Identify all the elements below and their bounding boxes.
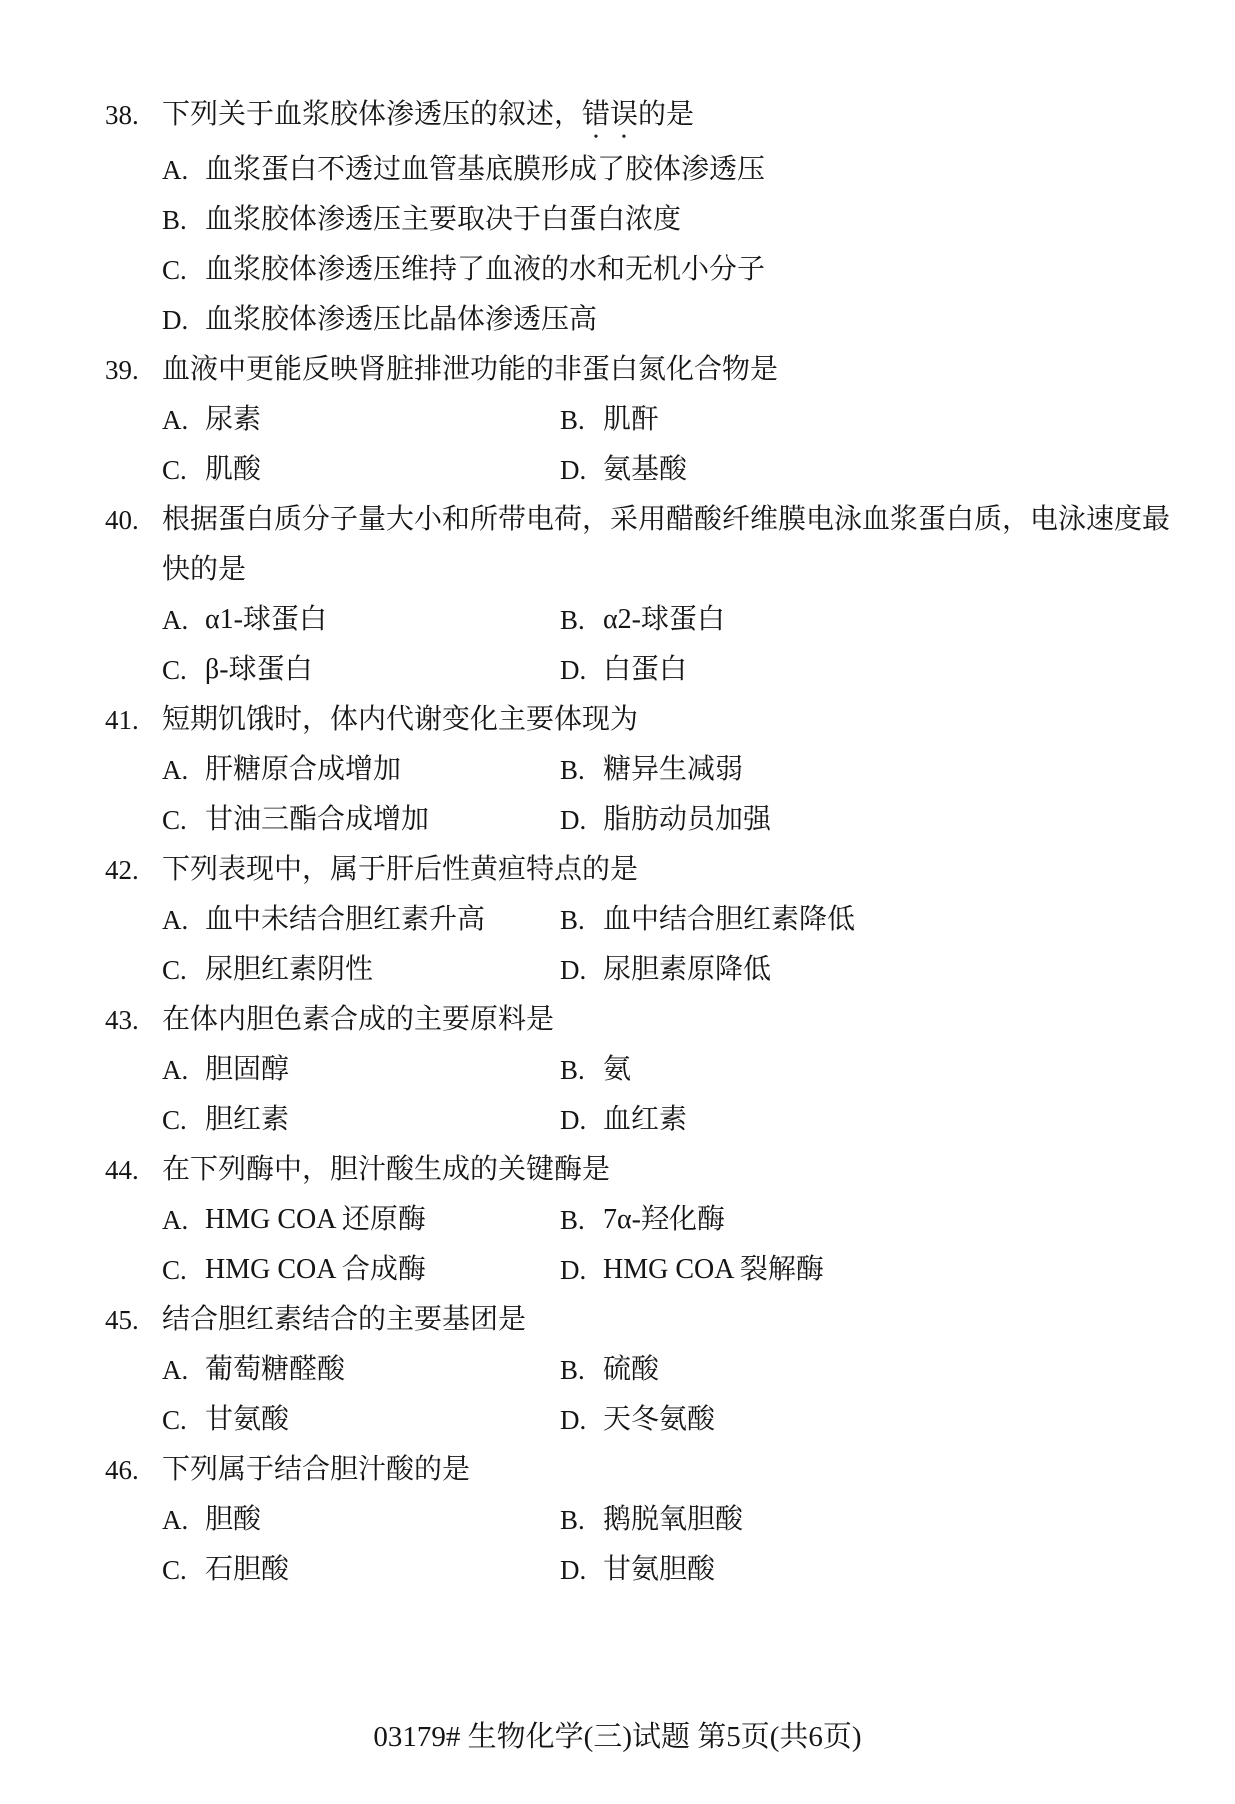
question-stem: 短期饥饿时，体内代谢变化主要体现为 bbox=[162, 695, 638, 745]
option-row: A.血浆蛋白不透过血管基底膜形成了胶体渗透压 bbox=[162, 145, 1205, 195]
option-letter: D. bbox=[560, 945, 603, 995]
option-text: 石胆酸 bbox=[205, 1545, 289, 1595]
answer-option: A.血中未结合胆红素升高 bbox=[162, 895, 560, 945]
option-text: 白蛋白 bbox=[603, 645, 687, 695]
stem-text: 下列关于血浆胶体渗透压的叙述， bbox=[162, 99, 582, 130]
question-number: 41. bbox=[105, 695, 162, 745]
option-letter: C. bbox=[162, 245, 205, 295]
option-row: A.尿素B.肌酐 bbox=[162, 395, 1205, 445]
stem-emphasized-text: 错误 bbox=[582, 99, 638, 130]
question-stem: 下列关于血浆胶体渗透压的叙述，错误的是 bbox=[162, 90, 694, 145]
question-item: 43.在体内胆色素合成的主要原料是A.胆固醇B.氨C.胆红素D.血红素 bbox=[105, 995, 1205, 1145]
answer-option: B.7α-羟化酶 bbox=[560, 1195, 958, 1245]
answer-option: C.甘氨酸 bbox=[162, 1395, 560, 1445]
stem-text: 下列表现中，属于肝后性黄疸特点的是 bbox=[162, 854, 638, 885]
option-letter: C. bbox=[162, 795, 205, 845]
option-letter: A. bbox=[162, 395, 205, 445]
question-item: 46.下列属于结合胆汁酸的是A.胆酸B.鹅脱氧胆酸C.石胆酸D.甘氨胆酸 bbox=[105, 1445, 1205, 1595]
question-stem: 根据蛋白质分子量大小和所带电荷，采用醋酸纤维膜电泳血浆蛋白质，电泳速度最快的是 bbox=[162, 495, 1177, 595]
answer-option: C.尿胆红素阴性 bbox=[162, 945, 560, 995]
answer-option: A.尿素 bbox=[162, 395, 560, 445]
option-text: 尿素 bbox=[205, 395, 261, 445]
stem-text: 短期饥饿时，体内代谢变化主要体现为 bbox=[162, 704, 638, 735]
option-text: 硫酸 bbox=[603, 1345, 659, 1395]
option-row: A.α1-球蛋白B.α2-球蛋白 bbox=[162, 595, 1205, 645]
answer-option: C.肌酸 bbox=[162, 445, 560, 495]
option-row: C.甘氨酸D.天冬氨酸 bbox=[162, 1395, 1205, 1445]
option-letter: D. bbox=[560, 795, 603, 845]
answer-option: C.石胆酸 bbox=[162, 1545, 560, 1595]
option-text: 氨 bbox=[603, 1045, 631, 1095]
answer-option: C.HMG COA 合成酶 bbox=[162, 1245, 560, 1295]
question-stem-row: 39.血液中更能反映肾脏排泄功能的非蛋白氮化合物是 bbox=[105, 345, 1205, 395]
option-text: 尿胆红素阴性 bbox=[205, 945, 373, 995]
option-row: C.β-球蛋白D.白蛋白 bbox=[162, 645, 1205, 695]
option-letter: C. bbox=[162, 1095, 205, 1145]
question-stem-row: 38.下列关于血浆胶体渗透压的叙述，错误的是 bbox=[105, 90, 1205, 145]
option-text: 血浆胶体渗透压比晶体渗透压高 bbox=[205, 295, 597, 345]
option-letter: A. bbox=[162, 745, 205, 795]
option-text: 血中结合胆红素降低 bbox=[603, 895, 855, 945]
question-stem: 结合胆红素结合的主要基团是 bbox=[162, 1295, 526, 1345]
option-text: 脂肪动员加强 bbox=[603, 795, 771, 845]
answer-option: B.鹅脱氧胆酸 bbox=[560, 1495, 958, 1545]
option-text: 尿胆素原降低 bbox=[603, 945, 771, 995]
option-letter: A. bbox=[162, 1195, 205, 1245]
option-letter: D. bbox=[560, 645, 603, 695]
option-text: 胆酸 bbox=[205, 1495, 261, 1545]
stem-text: 在体内胆色素合成的主要原料是 bbox=[162, 1004, 554, 1035]
answer-option: B.血中结合胆红素降低 bbox=[560, 895, 958, 945]
option-text: 血中未结合胆红素升高 bbox=[205, 895, 485, 945]
question-stem: 下列表现中，属于肝后性黄疸特点的是 bbox=[162, 845, 638, 895]
option-letter: B. bbox=[560, 1045, 603, 1095]
question-stem-row: 40.根据蛋白质分子量大小和所带电荷，采用醋酸纤维膜电泳血浆蛋白质，电泳速度最快… bbox=[105, 495, 1205, 595]
option-row: C.血浆胶体渗透压维持了血液的水和无机小分子 bbox=[162, 245, 1205, 295]
option-letter: C. bbox=[162, 1545, 205, 1595]
option-letter: A. bbox=[162, 595, 205, 645]
option-letter: A. bbox=[162, 1045, 205, 1095]
question-stem-row: 45.结合胆红素结合的主要基团是 bbox=[105, 1295, 1205, 1345]
option-text: 氨基酸 bbox=[603, 445, 687, 495]
option-text: 甘氨胆酸 bbox=[603, 1545, 715, 1595]
option-letter: B. bbox=[560, 595, 603, 645]
option-text: α1-球蛋白 bbox=[205, 595, 327, 645]
option-letter: C. bbox=[162, 945, 205, 995]
option-letter: B. bbox=[560, 395, 603, 445]
question-stem-row: 43.在体内胆色素合成的主要原料是 bbox=[105, 995, 1205, 1045]
option-row: C.甘油三酯合成增加D.脂肪动员加强 bbox=[162, 795, 1205, 845]
option-letter: A. bbox=[162, 1495, 205, 1545]
answer-option: B.氨 bbox=[560, 1045, 958, 1095]
question-stem: 血液中更能反映肾脏排泄功能的非蛋白氮化合物是 bbox=[162, 345, 778, 395]
option-row: A.肝糖原合成增加B.糖异生减弱 bbox=[162, 745, 1205, 795]
answer-option: C.甘油三酯合成增加 bbox=[162, 795, 560, 845]
answer-option: B.α2-球蛋白 bbox=[560, 595, 958, 645]
question-number: 44. bbox=[105, 1145, 162, 1195]
option-letter: A. bbox=[162, 895, 205, 945]
option-letter: B. bbox=[162, 195, 205, 245]
option-letter: C. bbox=[162, 645, 205, 695]
answer-option: C.胆红素 bbox=[162, 1095, 560, 1145]
answer-option: B.糖异生减弱 bbox=[560, 745, 958, 795]
answer-option: A.胆酸 bbox=[162, 1495, 560, 1545]
option-text: 血红素 bbox=[603, 1095, 687, 1145]
option-text: 肌酸 bbox=[205, 445, 261, 495]
answer-option: A.胆固醇 bbox=[162, 1045, 560, 1095]
option-row: C.胆红素D.血红素 bbox=[162, 1095, 1205, 1145]
option-letter: B. bbox=[560, 1495, 603, 1545]
option-letter: D. bbox=[560, 445, 603, 495]
question-stem: 在下列酶中，胆汁酸生成的关键酶是 bbox=[162, 1145, 610, 1195]
option-letter: D. bbox=[560, 1095, 603, 1145]
answer-option: D.HMG COA 裂解酶 bbox=[560, 1245, 958, 1295]
answer-option: A.HMG COA 还原酶 bbox=[162, 1195, 560, 1245]
option-text: 血浆胶体渗透压维持了血液的水和无机小分子 bbox=[205, 245, 765, 295]
answer-option: D.脂肪动员加强 bbox=[560, 795, 958, 845]
answer-option: A.葡萄糖醛酸 bbox=[162, 1345, 560, 1395]
answer-option: A.血浆蛋白不透过血管基底膜形成了胶体渗透压 bbox=[162, 145, 765, 195]
option-row: A.HMG COA 还原酶B.7α-羟化酶 bbox=[162, 1195, 1205, 1245]
stem-text: 血液中更能反映肾脏排泄功能的非蛋白氮化合物是 bbox=[162, 354, 778, 385]
option-text: 7α-羟化酶 bbox=[603, 1195, 725, 1245]
answer-option: B.肌酐 bbox=[560, 395, 958, 445]
answer-option: D.血红素 bbox=[560, 1095, 958, 1145]
option-letter: B. bbox=[560, 895, 603, 945]
answer-option: D.血浆胶体渗透压比晶体渗透压高 bbox=[162, 295, 597, 345]
option-text: 肝糖原合成增加 bbox=[205, 745, 401, 795]
question-item: 38.下列关于血浆胶体渗透压的叙述，错误的是A.血浆蛋白不透过血管基底膜形成了胶… bbox=[105, 90, 1205, 345]
option-letter: D. bbox=[560, 1545, 603, 1595]
answer-option: D.氨基酸 bbox=[560, 445, 958, 495]
answer-option: C.血浆胶体渗透压维持了血液的水和无机小分子 bbox=[162, 245, 765, 295]
exam-question-list: 38.下列关于血浆胶体渗透压的叙述，错误的是A.血浆蛋白不透过血管基底膜形成了胶… bbox=[105, 90, 1205, 1595]
option-letter: D. bbox=[560, 1245, 603, 1295]
question-number: 42. bbox=[105, 845, 162, 895]
option-row: A.葡萄糖醛酸B.硫酸 bbox=[162, 1345, 1205, 1395]
question-item: 40.根据蛋白质分子量大小和所带电荷，采用醋酸纤维膜电泳血浆蛋白质，电泳速度最快… bbox=[105, 495, 1205, 695]
option-row: C.尿胆红素阴性D.尿胆素原降低 bbox=[162, 945, 1205, 995]
option-letter: D. bbox=[560, 1395, 603, 1445]
stem-text: 结合胆红素结合的主要基团是 bbox=[162, 1304, 526, 1335]
option-row: A.血中未结合胆红素升高B.血中结合胆红素降低 bbox=[162, 895, 1205, 945]
option-text: HMG COA 还原酶 bbox=[205, 1195, 426, 1245]
option-text: 糖异生减弱 bbox=[603, 745, 743, 795]
page-footer: 03179# 生物化学(三)试题 第5页(共6页) bbox=[0, 1712, 1235, 1762]
option-row: A.胆酸B.鹅脱氧胆酸 bbox=[162, 1495, 1205, 1545]
option-text: 甘氨酸 bbox=[205, 1395, 289, 1445]
option-text: HMG COA 合成酶 bbox=[205, 1245, 426, 1295]
stem-text: 在下列酶中，胆汁酸生成的关键酶是 bbox=[162, 1154, 610, 1185]
stem-text: 的是 bbox=[638, 99, 694, 130]
question-item: 45.结合胆红素结合的主要基团是A.葡萄糖醛酸B.硫酸C.甘氨酸D.天冬氨酸 bbox=[105, 1295, 1205, 1445]
question-stem-row: 42.下列表现中，属于肝后性黄疸特点的是 bbox=[105, 845, 1205, 895]
option-row: C.石胆酸D.甘氨胆酸 bbox=[162, 1545, 1205, 1595]
question-number: 45. bbox=[105, 1295, 162, 1345]
answer-option: B.血浆胶体渗透压主要取决于白蛋白浓度 bbox=[162, 195, 681, 245]
option-row: A.胆固醇B.氨 bbox=[162, 1045, 1205, 1095]
option-text: β-球蛋白 bbox=[205, 645, 313, 695]
option-text: α2-球蛋白 bbox=[603, 595, 725, 645]
question-stem-row: 41.短期饥饿时，体内代谢变化主要体现为 bbox=[105, 695, 1205, 745]
option-row: D.血浆胶体渗透压比晶体渗透压高 bbox=[162, 295, 1205, 345]
question-stem-row: 44.在下列酶中，胆汁酸生成的关键酶是 bbox=[105, 1145, 1205, 1195]
option-text: 血浆胶体渗透压主要取决于白蛋白浓度 bbox=[205, 195, 681, 245]
option-row: C.肌酸D.氨基酸 bbox=[162, 445, 1205, 495]
question-item: 42.下列表现中，属于肝后性黄疸特点的是A.血中未结合胆红素升高B.血中结合胆红… bbox=[105, 845, 1205, 995]
question-stem-row: 46.下列属于结合胆汁酸的是 bbox=[105, 1445, 1205, 1495]
answer-option: D.白蛋白 bbox=[560, 645, 958, 695]
option-text: 甘油三酯合成增加 bbox=[205, 795, 429, 845]
answer-option: D.天冬氨酸 bbox=[560, 1395, 958, 1445]
answer-option: D.尿胆素原降低 bbox=[560, 945, 958, 995]
stem-text: 下列属于结合胆汁酸的是 bbox=[162, 1454, 470, 1485]
question-stem: 下列属于结合胆汁酸的是 bbox=[162, 1445, 470, 1495]
answer-option: A.α1-球蛋白 bbox=[162, 595, 560, 645]
option-letter: B. bbox=[560, 745, 603, 795]
option-text: 胆红素 bbox=[205, 1095, 289, 1145]
answer-option: A.肝糖原合成增加 bbox=[162, 745, 560, 795]
option-text: 胆固醇 bbox=[205, 1045, 289, 1095]
question-item: 44.在下列酶中，胆汁酸生成的关键酶是A.HMG COA 还原酶B.7α-羟化酶… bbox=[105, 1145, 1205, 1295]
question-item: 39.血液中更能反映肾脏排泄功能的非蛋白氮化合物是A.尿素B.肌酐C.肌酸D.氨… bbox=[105, 345, 1205, 495]
option-letter: C. bbox=[162, 445, 205, 495]
option-letter: B. bbox=[560, 1195, 603, 1245]
question-number: 43. bbox=[105, 995, 162, 1045]
option-letter: A. bbox=[162, 145, 205, 195]
stem-text: 根据蛋白质分子量大小和所带电荷，采用醋酸纤维膜电泳血浆蛋白质，电泳速度最快的是 bbox=[162, 504, 1170, 585]
option-letter: A. bbox=[162, 1345, 205, 1395]
question-number: 38. bbox=[105, 90, 162, 140]
option-text: 鹅脱氧胆酸 bbox=[603, 1495, 743, 1545]
question-stem: 在体内胆色素合成的主要原料是 bbox=[162, 995, 554, 1045]
answer-option: C.β-球蛋白 bbox=[162, 645, 560, 695]
option-text: 血浆蛋白不透过血管基底膜形成了胶体渗透压 bbox=[205, 145, 765, 195]
option-letter: D. bbox=[162, 295, 205, 345]
option-letter: C. bbox=[162, 1245, 205, 1295]
answer-option: D.甘氨胆酸 bbox=[560, 1545, 958, 1595]
option-text: 葡萄糖醛酸 bbox=[205, 1345, 345, 1395]
question-number: 46. bbox=[105, 1445, 162, 1495]
option-text: 肌酐 bbox=[603, 395, 659, 445]
question-item: 41.短期饥饿时，体内代谢变化主要体现为A.肝糖原合成增加B.糖异生减弱C.甘油… bbox=[105, 695, 1205, 845]
option-row: B.血浆胶体渗透压主要取决于白蛋白浓度 bbox=[162, 195, 1205, 245]
question-number: 39. bbox=[105, 345, 162, 395]
option-row: C.HMG COA 合成酶D.HMG COA 裂解酶 bbox=[162, 1245, 1205, 1295]
option-letter: C. bbox=[162, 1395, 205, 1445]
option-text: HMG COA 裂解酶 bbox=[603, 1245, 824, 1295]
option-text: 天冬氨酸 bbox=[603, 1395, 715, 1445]
answer-option: B.硫酸 bbox=[560, 1345, 958, 1395]
option-letter: B. bbox=[560, 1345, 603, 1395]
question-number: 40. bbox=[105, 495, 162, 545]
